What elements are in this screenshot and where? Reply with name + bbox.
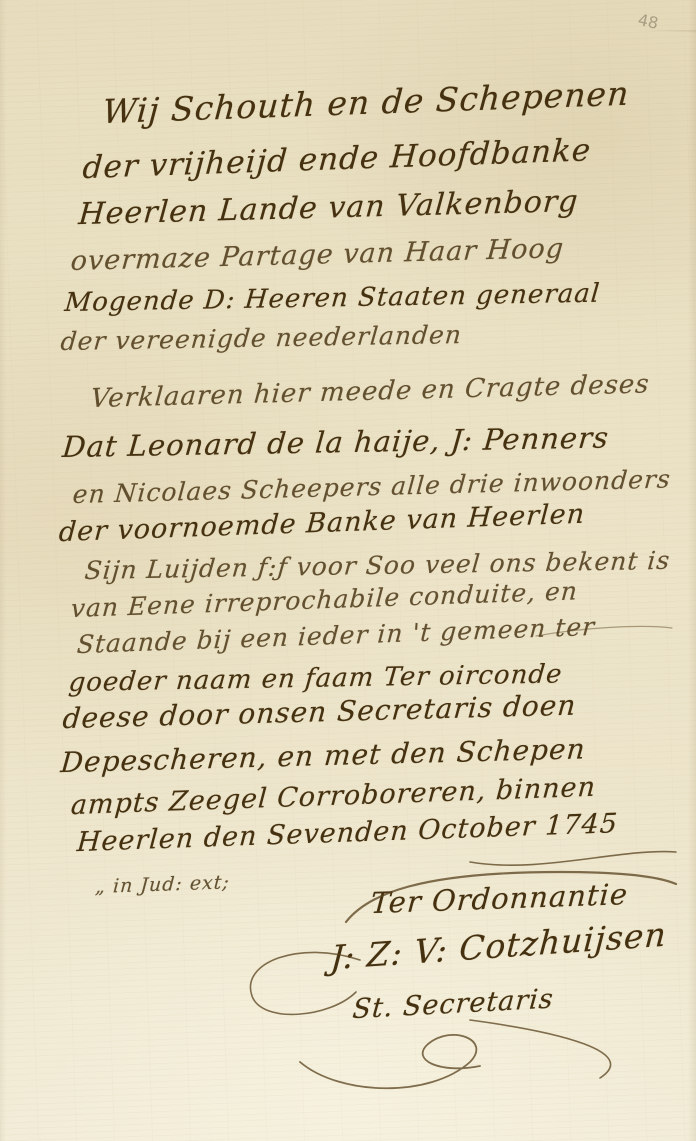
signature: J: Z: V: Cotzhuijsen xyxy=(329,914,668,977)
body-line: Verklaaren hier meede en Cragte deses xyxy=(90,369,651,414)
body-line: Depescheren, en met den Schepen xyxy=(59,732,587,779)
heading-line: overmaze Partage van Haar Hoog xyxy=(70,233,566,277)
heading-line: Heerlen Lande van Valkenborg xyxy=(77,184,580,232)
signatory-title: St. Secretaris xyxy=(351,983,555,1025)
marginal-note: „ in Jud: ext; xyxy=(94,871,230,898)
heading-line: der vrijheijd ende Hoofdbanke xyxy=(81,132,592,186)
heading-line: Wij Schouth en de Schepenen xyxy=(101,74,630,132)
body-line: Dat Leonard de la haije, J: Penners xyxy=(61,420,610,464)
heading-line: der vereenigde neederlanden xyxy=(59,320,463,356)
heading-line: Mogende D: Heeren Staaten generaal xyxy=(63,279,601,318)
manuscript-page: 48 Wij Schouth en de Schepenen der vrijh… xyxy=(0,0,696,1141)
ordonnantie-line: Ter Ordonnantie xyxy=(370,877,630,920)
folio-number: 48 xyxy=(636,10,660,33)
body-line: Sijn Luijden ƒ:ƒ voor Soo veel ons beken… xyxy=(83,546,671,585)
